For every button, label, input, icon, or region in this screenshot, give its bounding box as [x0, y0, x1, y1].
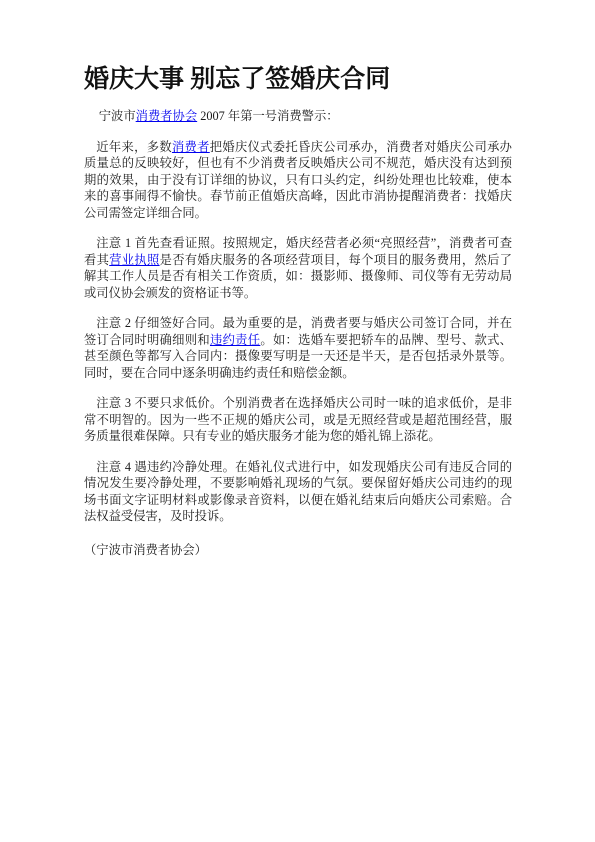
page-title: 婚庆大事 别忘了签婚庆合同: [84, 64, 512, 95]
document-page: 婚庆大事 别忘了签婚庆合同 宁波市消费者协会 2007 年第一号消费警示： 近年…: [0, 0, 595, 842]
intro-suffix: 2007 年第一号消费警示：: [197, 109, 338, 123]
paragraph-overview: 近年来，多数消费者把婚庆仪式委托昏庆公司承办，消费者对婚庆公司承办质量总的反映较…: [84, 139, 512, 222]
paragraph-notice-2: 注意 2 仔细签好合同。最为重要的是，消费者要与婚庆公司签订合同，并在签订合同时…: [84, 315, 512, 381]
paragraph-overview-text-before: 近年来，多数: [96, 140, 172, 154]
breach-liability-link[interactable]: 违约责任: [210, 333, 260, 347]
intro-prefix: 宁波市: [99, 109, 136, 123]
footer-attribution: （宁波市消费者协会）: [84, 542, 512, 559]
paragraph-notice-1: 注意 1 首先查看证照。按照规定，婚庆经营者必须“亮照经营”，消费者可查看其营业…: [84, 235, 512, 301]
paragraph-notice-4: 注意 4 遇违约冷静处理。在婚礼仪式进行中，如发现婚庆公司有违反合同的情况发生要…: [84, 459, 512, 525]
notice-4-text: 注意 4 遇违约冷静处理。在婚礼仪式进行中，如发现婚庆公司有违反合同的情况发生要…: [84, 460, 512, 524]
paragraph-notice-3: 注意 3 不要只求低价。个别消费者在选择婚庆公司时一味的追求低价，是非常不明智的…: [84, 395, 512, 445]
consumer-link[interactable]: 消费者: [172, 140, 210, 154]
consumer-association-link[interactable]: 消费者协会: [136, 109, 198, 123]
notice-3-text: 注意 3 不要只求低价。个别消费者在选择婚庆公司时一味的追求低价，是非常不明智的…: [84, 396, 512, 443]
intro-line: 宁波市消费者协会 2007 年第一号消费警示：: [84, 108, 512, 125]
business-license-link[interactable]: 营业执照: [109, 253, 159, 267]
